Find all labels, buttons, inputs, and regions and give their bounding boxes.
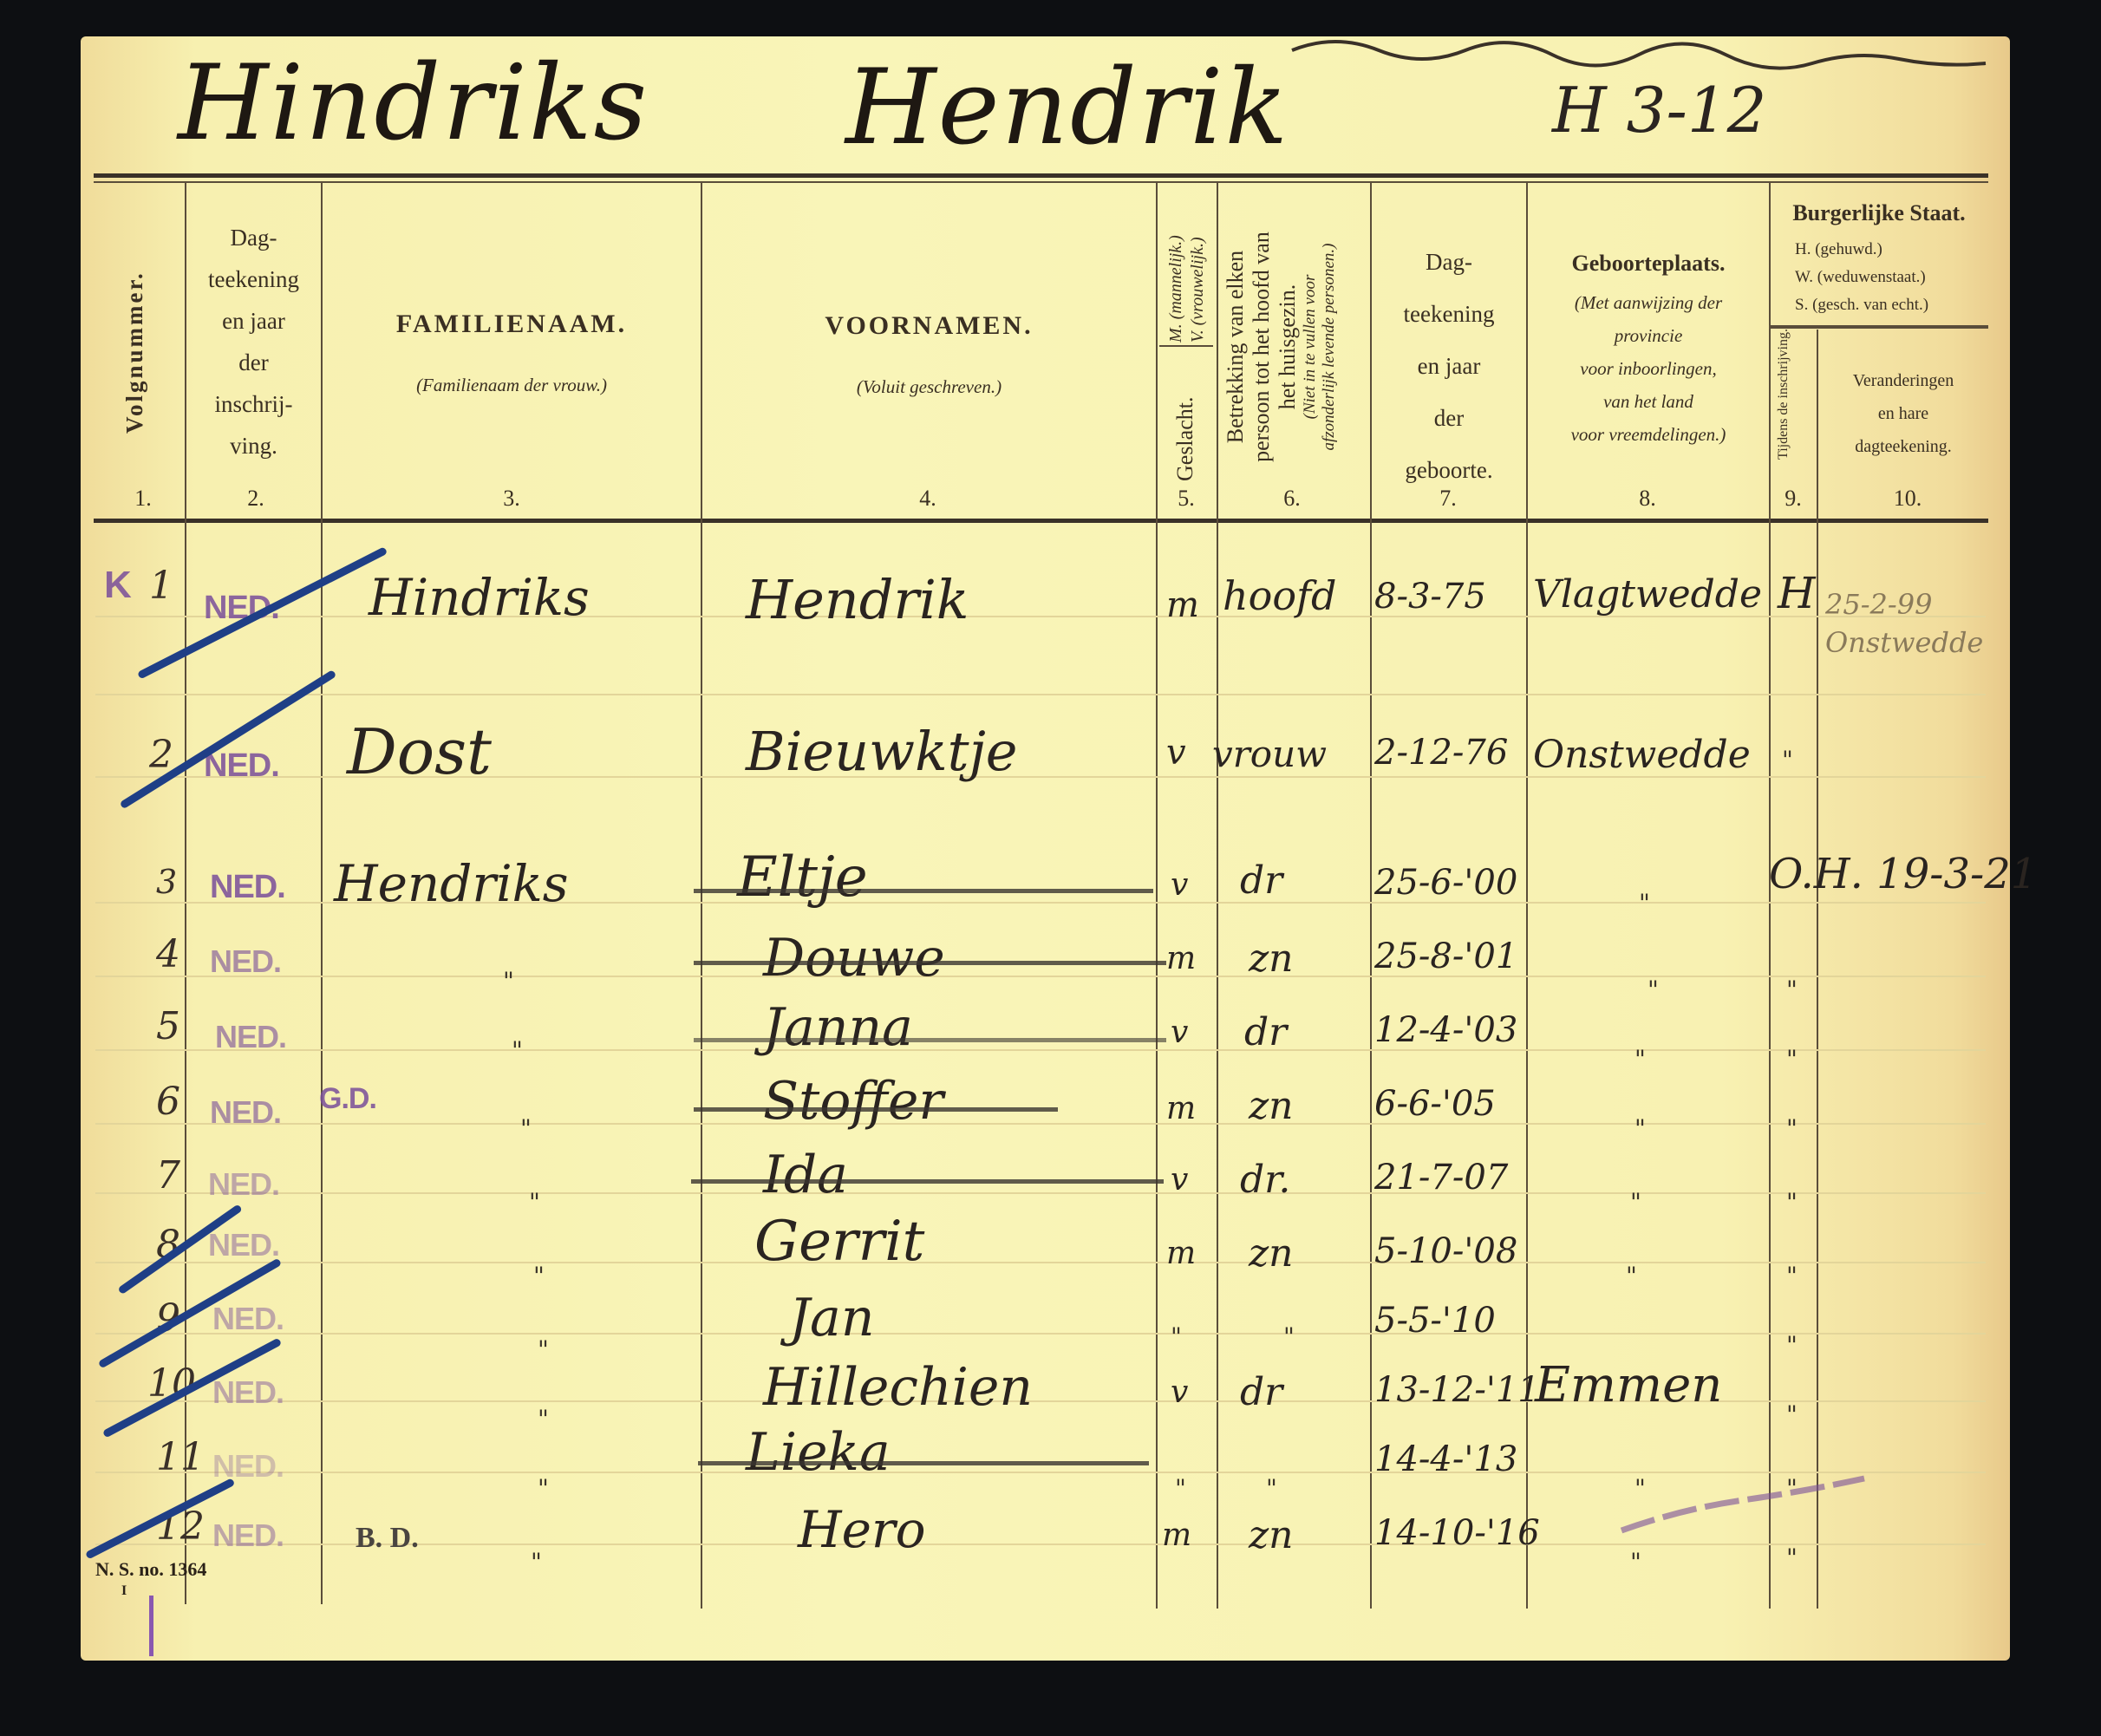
row-relation: zn bbox=[1249, 1084, 1294, 1128]
header-line: Dag- bbox=[186, 217, 321, 258]
ruled-line bbox=[95, 1262, 1986, 1263]
row-birth: 14-10-'16 bbox=[1374, 1513, 1540, 1553]
row-surname: " bbox=[512, 1036, 523, 1065]
row-relation: " bbox=[1266, 1474, 1277, 1503]
row-relation: zn bbox=[1249, 1231, 1294, 1276]
row-birth: 12-4-'03 bbox=[1374, 1010, 1517, 1050]
status-legend-s: S. (gesch. van echt.) bbox=[1795, 291, 1928, 319]
row-sex: m bbox=[1166, 1236, 1196, 1271]
header-status-legend: H. (gehuwd.) W. (weduwenstaat.) S. (gesc… bbox=[1795, 236, 1928, 319]
row-given: Jan bbox=[789, 1288, 874, 1348]
row-given: Hero bbox=[798, 1500, 926, 1559]
row-sex: v bbox=[1166, 733, 1186, 773]
row-sex: m bbox=[1162, 1517, 1191, 1553]
header-note: (Niet in te vullen voor bbox=[1301, 191, 1320, 503]
row-surname: " bbox=[538, 1474, 549, 1503]
row-relation: " bbox=[1283, 1322, 1295, 1351]
form-sub-number: I bbox=[121, 1583, 127, 1599]
header-line: Veranderingen bbox=[1818, 364, 1988, 397]
row-given: Ida bbox=[763, 1145, 848, 1205]
header-dagteekening-inschrijving: Dag- teekening en jaar der inschrij- vin… bbox=[186, 217, 321, 467]
header-burgerlijke-staat: Burgerlijke Staat. bbox=[1771, 193, 1987, 234]
header-line: en jaar bbox=[186, 300, 321, 342]
colnum-5: 5. bbox=[1158, 486, 1215, 512]
row-status: " bbox=[1786, 1188, 1798, 1217]
strikethrough-line bbox=[694, 1107, 1058, 1112]
row-number: 5 bbox=[156, 1004, 180, 1048]
ruled-line bbox=[95, 1192, 1986, 1194]
header-line: teekening bbox=[1372, 288, 1526, 340]
header-volgnummer: Volgnummer. bbox=[121, 271, 148, 434]
colnum-1: 1. bbox=[108, 486, 178, 512]
purple-crayon-mark-icon bbox=[1613, 1474, 1873, 1543]
header-sex-v: V. (vrouwelijk.) bbox=[1188, 237, 1208, 343]
row-place: " bbox=[1634, 1045, 1646, 1074]
row-status: " bbox=[1786, 976, 1798, 1004]
header-rule bbox=[94, 519, 1988, 523]
header-line: ving. bbox=[186, 425, 321, 467]
row-number: 3 bbox=[156, 863, 177, 901]
row-place: Onstwedde bbox=[1533, 733, 1751, 777]
row-birth: 8-3-75 bbox=[1374, 577, 1486, 617]
row-surname: " bbox=[531, 1548, 542, 1576]
header-line: persoon tot het hoofd van bbox=[1249, 191, 1275, 503]
stamp-bd: B. D. bbox=[356, 1522, 419, 1555]
colnum-2: 2. bbox=[221, 486, 290, 512]
row-given: Eltje bbox=[737, 845, 868, 910]
row-sex: v bbox=[1171, 1015, 1188, 1050]
row-birth: 13-12-'11 bbox=[1374, 1370, 1540, 1410]
row-surname: " bbox=[538, 1405, 549, 1433]
row-relation: hoofd bbox=[1223, 572, 1337, 619]
ruled-line bbox=[95, 1333, 1986, 1335]
row-place: Vlagtwedde bbox=[1533, 572, 1762, 617]
row-place: " bbox=[1639, 889, 1650, 917]
stamp-ned: NED. bbox=[208, 1227, 279, 1263]
row-birth: 25-8-'01 bbox=[1374, 937, 1517, 976]
row-sex: m bbox=[1166, 585, 1199, 625]
header-note: afzonderlijk levende personen.) bbox=[1320, 191, 1339, 503]
header-dagteekening-geboorte: Dag- teekening en jaar der geboorte. bbox=[1372, 236, 1526, 496]
row-birth: 5-10-'08 bbox=[1374, 1231, 1517, 1271]
ruled-line bbox=[95, 1472, 1986, 1473]
row-given: Hendrik bbox=[746, 568, 969, 631]
row-number: 4 bbox=[156, 932, 180, 976]
header-familienaam-sub: (Familienaam der vrouw.) bbox=[323, 364, 701, 406]
stamp-ned: NED. bbox=[204, 747, 279, 785]
col-divider-9 bbox=[1817, 330, 1818, 1609]
stamp-ned: NED. bbox=[212, 1448, 284, 1485]
header-line: (Met aanwijzing der bbox=[1528, 286, 1769, 319]
colnum-8: 8. bbox=[1613, 486, 1682, 512]
row-place: " bbox=[1630, 1548, 1641, 1576]
strikethrough-line bbox=[694, 1038, 1166, 1042]
colnum-3: 3. bbox=[477, 486, 546, 512]
card-given-title: Hendrik bbox=[845, 48, 1289, 168]
colnum-6: 6. bbox=[1257, 486, 1327, 512]
strikethrough-line bbox=[694, 889, 1153, 893]
row-relation: dr bbox=[1240, 1370, 1282, 1414]
row-place: " bbox=[1626, 1262, 1637, 1290]
col-divider-4 bbox=[1156, 182, 1158, 1609]
row-sex: " bbox=[1175, 1474, 1186, 1503]
row-status: " bbox=[1786, 1331, 1798, 1360]
stamp-ned: NED. bbox=[210, 1094, 281, 1131]
row-given: Bieuwktje bbox=[746, 720, 1017, 783]
row-surname: " bbox=[503, 967, 514, 995]
header-veranderingen: Veranderingen en hare dagteekening. bbox=[1818, 364, 1988, 463]
header-line: dagteekening. bbox=[1818, 430, 1988, 463]
col-divider-5 bbox=[1217, 182, 1218, 1609]
header-voornamen-sub: (Voluit geschreven.) bbox=[702, 366, 1156, 408]
row-status: " bbox=[1786, 1400, 1798, 1429]
colnum-10: 10. bbox=[1873, 486, 1942, 512]
colnum-7: 7. bbox=[1413, 486, 1483, 512]
row-birth: 21-7-07 bbox=[1374, 1158, 1508, 1198]
header-betrekking: Betrekking van elken persoon tot het hoo… bbox=[1223, 191, 1339, 503]
status-legend-w: W. (weduwenstaat.) bbox=[1795, 264, 1928, 291]
row-given: Douwe bbox=[763, 928, 945, 989]
row-given: Lieka bbox=[746, 1422, 891, 1483]
row-place: " bbox=[1634, 1114, 1646, 1143]
header-sex-m: M. (mannelijk.) bbox=[1166, 235, 1186, 343]
row-status: " bbox=[1786, 1114, 1798, 1143]
header-tijdens-inschrijving: Tijdens de inschrijving. bbox=[1776, 356, 1791, 460]
ruled-line bbox=[95, 976, 1986, 977]
row-sex: m bbox=[1166, 1091, 1196, 1126]
header-line: der bbox=[186, 342, 321, 383]
row-surname: " bbox=[533, 1262, 545, 1290]
header-geslacht: Geslacht. bbox=[1172, 397, 1198, 481]
row-given: Janna bbox=[763, 997, 913, 1058]
row-relation: dr bbox=[1240, 858, 1282, 903]
row-surname: " bbox=[520, 1114, 532, 1143]
row-change: 25-2-99 Onstwedde bbox=[1825, 585, 1981, 662]
row-given: Hillechien bbox=[763, 1357, 1033, 1418]
row-surname: " bbox=[529, 1188, 540, 1217]
header-geboorteplaats-sub: (Met aanwijzing der provincie voor inboo… bbox=[1528, 286, 1769, 451]
row-status: " bbox=[1782, 746, 1793, 774]
row-status: " bbox=[1786, 1262, 1798, 1290]
header-line: voor inboorlingen, bbox=[1528, 352, 1769, 385]
stamp-ned: NED. bbox=[210, 869, 285, 906]
row-number: 6 bbox=[156, 1080, 180, 1124]
row-place: Emmen bbox=[1535, 1357, 1722, 1413]
row-relation: dr bbox=[1244, 1010, 1287, 1054]
row-surname: Dost bbox=[347, 715, 492, 788]
row-sex: v bbox=[1171, 1162, 1188, 1198]
row-birth: 14-4-'13 bbox=[1374, 1439, 1517, 1479]
strikethrough-line bbox=[694, 961, 1166, 965]
row-birth: 6-6-'05 bbox=[1374, 1084, 1496, 1124]
header-voornamen: VOORNAMEN. bbox=[702, 305, 1156, 347]
row-number: 7 bbox=[156, 1153, 180, 1198]
stamp-ned: NED. bbox=[208, 1166, 279, 1203]
header-line: Betrekking van elken bbox=[1223, 191, 1249, 503]
header-line: en jaar bbox=[1372, 340, 1526, 392]
row-number: 1 bbox=[149, 564, 173, 608]
stamp-gd: G.D. bbox=[319, 1082, 376, 1116]
row-sex: m bbox=[1166, 941, 1196, 976]
row-surname: Hendriks bbox=[334, 854, 569, 913]
header-line: provincie bbox=[1528, 319, 1769, 352]
stamp-k: K bbox=[104, 564, 131, 607]
row-change: O.H. 19-3-21 bbox=[1769, 850, 2037, 898]
header-line: inschrij- bbox=[186, 383, 321, 425]
row-sex: v bbox=[1171, 1374, 1188, 1410]
header-line: voor vreemdelingen.) bbox=[1528, 418, 1769, 451]
ruled-line bbox=[95, 1123, 1986, 1125]
row-given: Stoffer bbox=[763, 1071, 943, 1132]
row-surname: Hindriks bbox=[369, 568, 590, 627]
form-number: N. S. no. 1364 bbox=[95, 1558, 206, 1581]
row-status: " bbox=[1786, 1543, 1798, 1572]
row-birth: 25-6-'00 bbox=[1374, 863, 1517, 903]
row-place: " bbox=[1630, 1188, 1641, 1217]
header-familienaam: FAMILIENAAM. bbox=[323, 303, 701, 345]
strikethrough-line bbox=[691, 1179, 1164, 1184]
stamp-ned: NED. bbox=[212, 1517, 284, 1554]
stamp-ned: NED. bbox=[212, 1301, 284, 1337]
row-birth: 5-5-'10 bbox=[1374, 1301, 1496, 1341]
row-relation: vrouw bbox=[1212, 733, 1327, 775]
row-relation: zn bbox=[1249, 937, 1294, 981]
card-surname-title: Hindriks bbox=[178, 43, 649, 164]
ruled-line bbox=[95, 694, 1986, 695]
title-rule-thin bbox=[94, 181, 1988, 183]
stamp-ned: NED. bbox=[215, 1019, 286, 1055]
row-place: " bbox=[1648, 976, 1659, 1004]
colnum-4: 4. bbox=[893, 486, 962, 512]
stamp-ned: NED. bbox=[210, 943, 281, 980]
row-status: " bbox=[1786, 1045, 1798, 1074]
row-surname: " bbox=[538, 1335, 549, 1364]
row-sex: " bbox=[1171, 1322, 1182, 1351]
row-relation: zn bbox=[1249, 1513, 1294, 1557]
header-line: het huisgezin. bbox=[1275, 191, 1301, 503]
sex-split-rule bbox=[1159, 345, 1213, 347]
header-line: der bbox=[1372, 392, 1526, 444]
status-split-rule bbox=[1769, 325, 1988, 329]
strikethrough-line bbox=[698, 1461, 1149, 1465]
row-sex: v bbox=[1171, 867, 1188, 903]
header-line: en hare bbox=[1818, 397, 1988, 430]
row-given: Gerrit bbox=[754, 1210, 924, 1274]
ruled-line bbox=[95, 1049, 1986, 1051]
row-relation: dr. bbox=[1240, 1158, 1290, 1202]
header-line: teekening bbox=[186, 258, 321, 300]
status-legend-h: H. (gehuwd.) bbox=[1795, 236, 1928, 264]
header-line: Dag- bbox=[1372, 236, 1526, 288]
row-number: 11 bbox=[156, 1435, 205, 1479]
row-birth: 2-12-76 bbox=[1374, 733, 1508, 773]
purple-tick-mark bbox=[149, 1596, 153, 1656]
colnum-9: 9. bbox=[1771, 486, 1816, 512]
header-line: van het land bbox=[1528, 385, 1769, 418]
title-rule bbox=[94, 173, 1988, 178]
header-geboorteplaats: Geboorteplaats. bbox=[1528, 243, 1769, 284]
row-status: H bbox=[1778, 568, 1816, 618]
wavy-strike-icon bbox=[1283, 33, 1994, 85]
stamp-ned: NED. bbox=[212, 1374, 284, 1411]
